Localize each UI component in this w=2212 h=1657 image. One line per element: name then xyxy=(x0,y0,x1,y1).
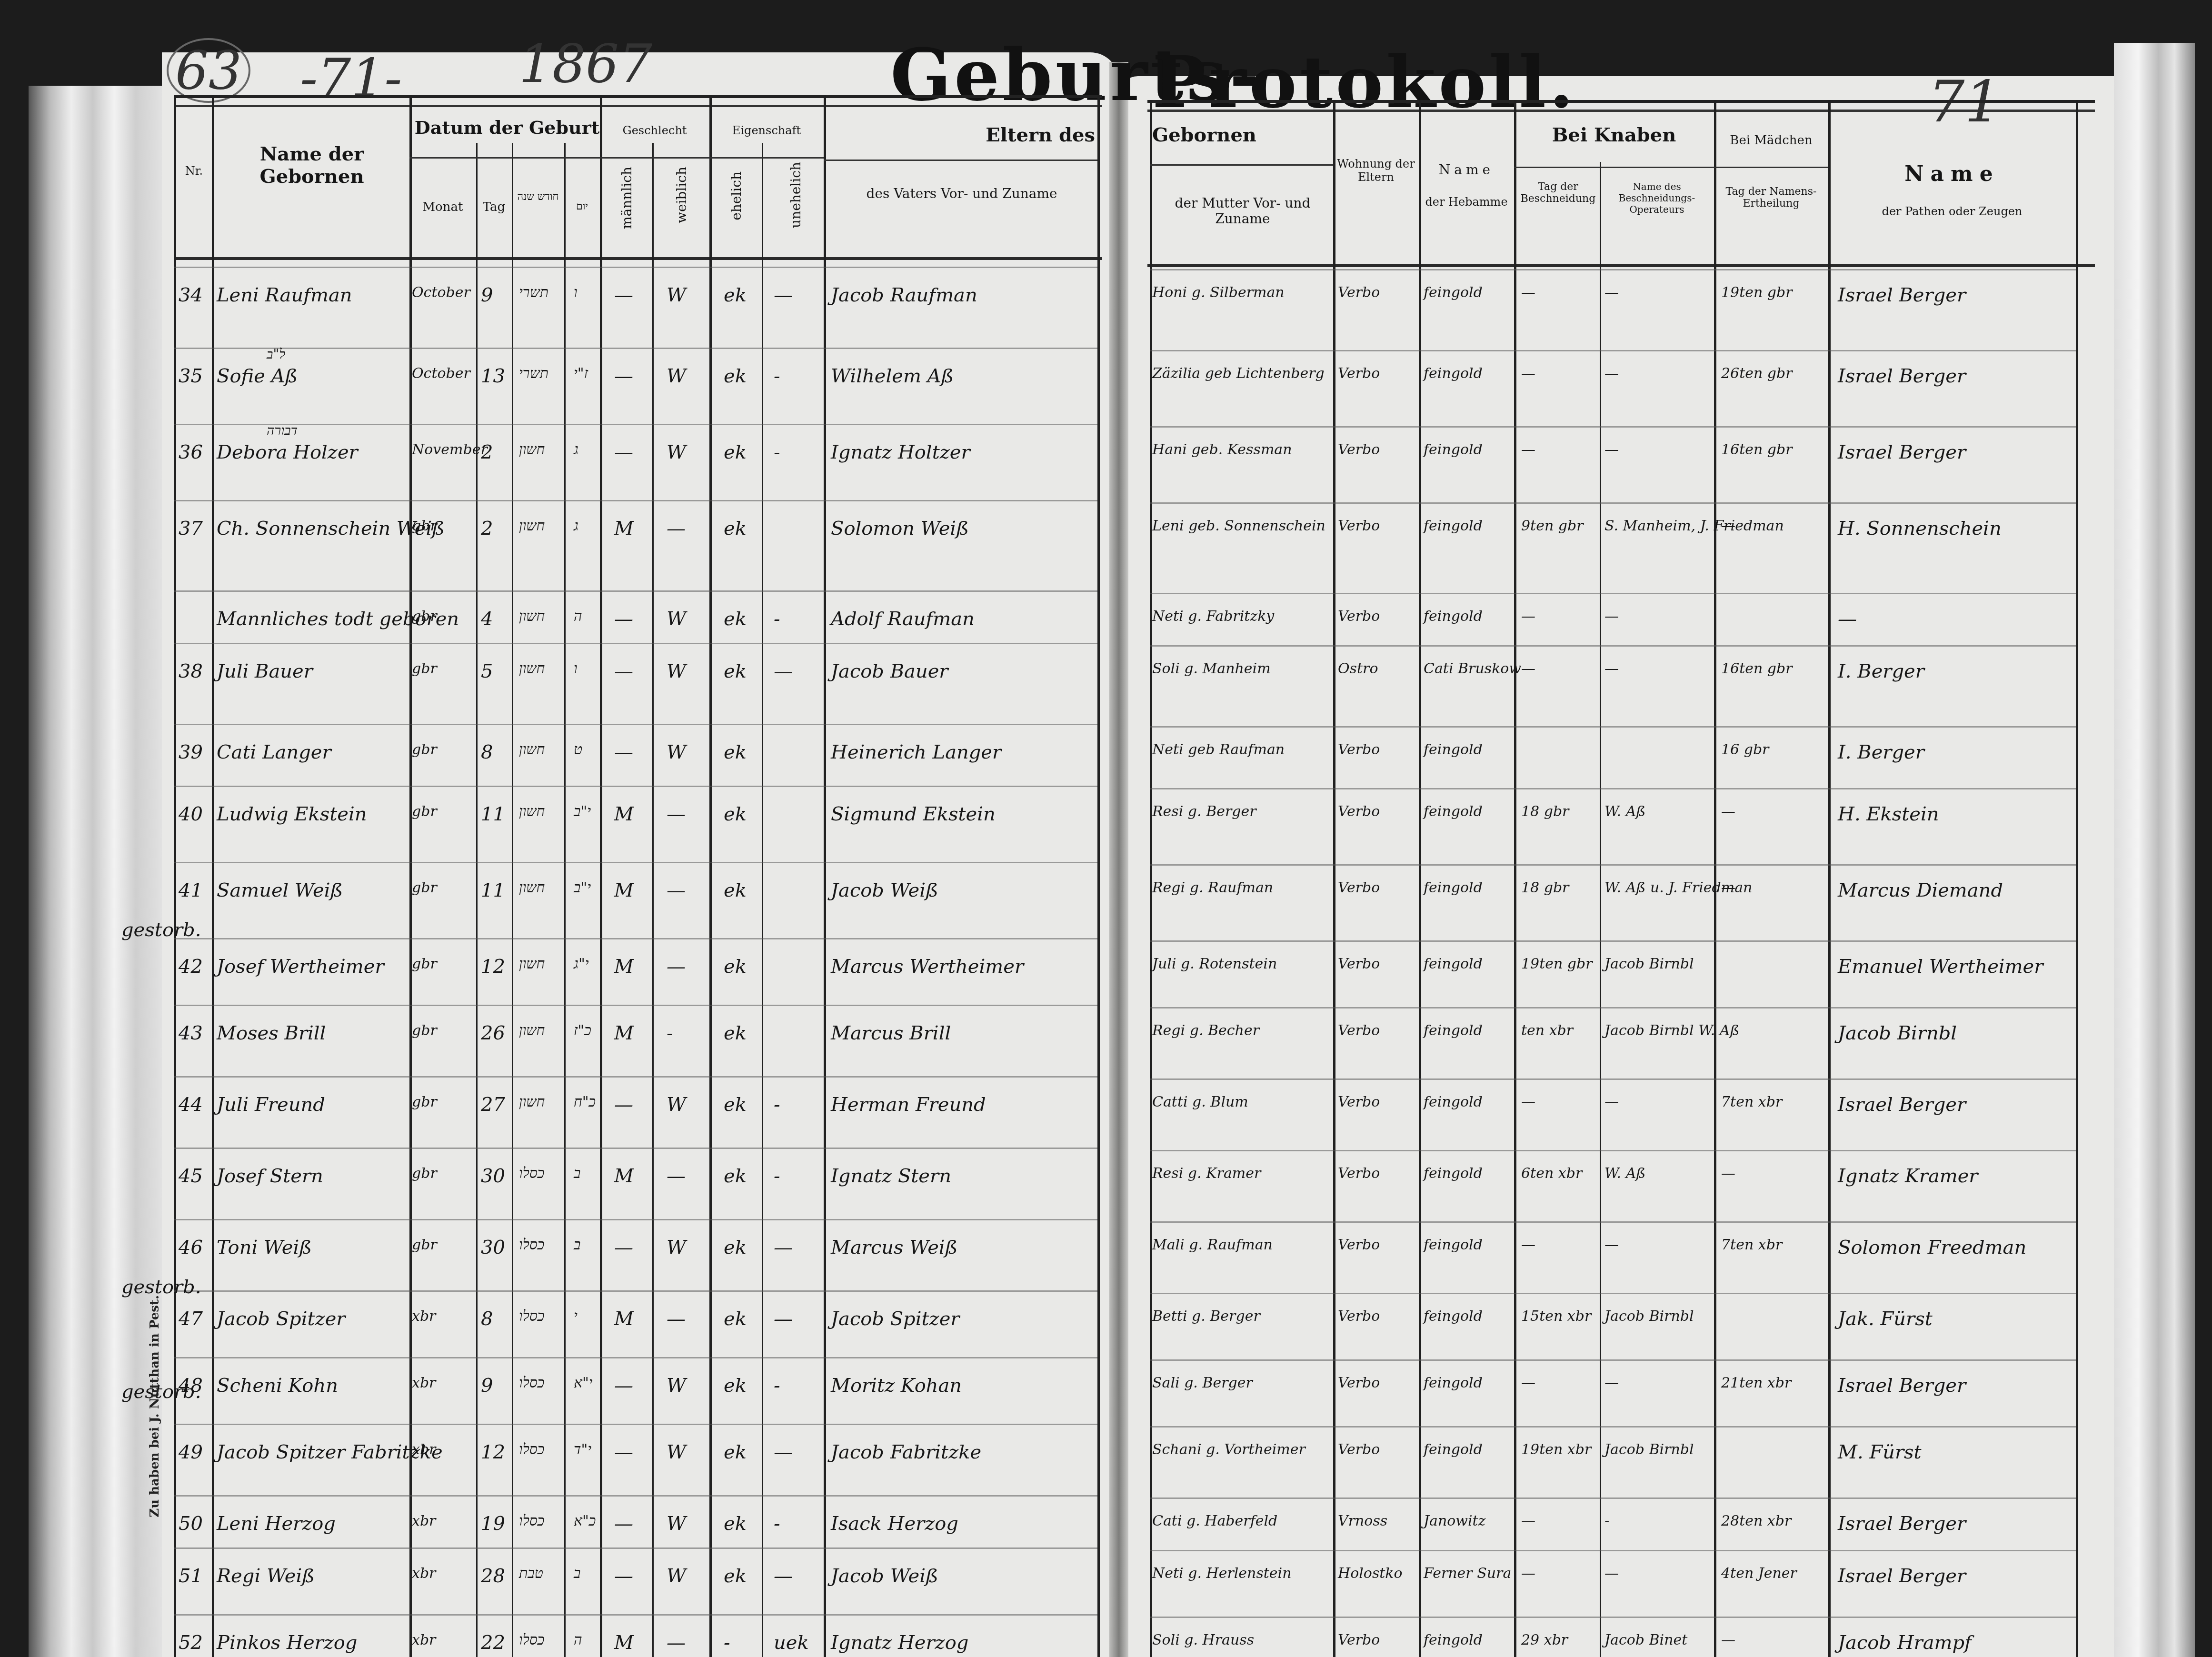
cell-day: 13 xyxy=(481,367,505,386)
row-rule xyxy=(174,724,1097,725)
cell-residence: Holostko xyxy=(1338,1567,1403,1581)
cell-circ-op: Jacob Birnbl xyxy=(1604,1309,1694,1324)
cell-hmonth: כסלו xyxy=(519,1633,544,1647)
cell-nr: 46 xyxy=(179,1238,203,1257)
header-parents-left: Eltern des xyxy=(905,124,1095,146)
header-circumcision-day: Tag der Beschneidung xyxy=(1516,181,1600,205)
cell-month: gbr xyxy=(412,519,437,533)
row-rule xyxy=(174,643,1097,644)
cell-residence: Verbo xyxy=(1338,1376,1380,1390)
header-female: weiblich xyxy=(674,167,689,223)
cell-name: Scheni Kohn xyxy=(217,1376,338,1395)
cell-witness: M. Fürst xyxy=(1838,1443,1922,1462)
col-line xyxy=(1333,100,1335,1657)
cell-residence: Verbo xyxy=(1338,1167,1380,1181)
cell-hday: י"ג xyxy=(574,957,589,971)
cell-ill: — xyxy=(774,1443,793,1462)
cell-circ-day: — xyxy=(1521,1095,1535,1109)
cell-midwife: feingold xyxy=(1424,1167,1483,1181)
row-rule xyxy=(1150,1426,2076,1427)
cell-month: xbr xyxy=(412,1514,436,1528)
subheader-rule xyxy=(1514,167,1828,168)
cell-mother: Sali g. Berger xyxy=(1152,1376,1253,1390)
cell-naming: — xyxy=(1721,805,1735,819)
cell-nr: 35 xyxy=(179,367,203,386)
cell-f: W xyxy=(667,1514,686,1533)
row-rule xyxy=(1150,645,2076,647)
header-hebrew-day: יום xyxy=(564,200,600,212)
row-rule xyxy=(174,786,1097,787)
row-rule xyxy=(1150,1150,2076,1151)
cell-leg: ek xyxy=(724,1095,747,1114)
cell-f: — xyxy=(667,957,686,976)
cell-ill: — xyxy=(774,1309,793,1328)
cell-naming: 7ten xbr xyxy=(1721,1095,1782,1109)
cell-naming: 28ten xbr xyxy=(1721,1514,1791,1528)
cell-name: Ch. Sonnenschein Weiß xyxy=(217,519,445,538)
cell-month: gbr xyxy=(412,957,437,971)
cell-month: gbr xyxy=(412,609,437,624)
cell-mother: Mali g. Raufman xyxy=(1152,1238,1273,1252)
cell-witness: Ignatz Kramer xyxy=(1838,1167,1978,1186)
cell-midwife: Ferner Sura xyxy=(1424,1567,1511,1581)
row-rule xyxy=(174,424,1097,425)
col-line xyxy=(709,95,712,1657)
cell-month: xbr xyxy=(412,1443,436,1457)
cell-hmonth: חשון xyxy=(519,443,545,457)
header-mother: der Mutter Vor- und Zuname xyxy=(1152,195,1333,227)
cell-mother: Juli g. Rotenstein xyxy=(1152,957,1277,971)
cell-leg: ek xyxy=(724,1567,747,1586)
cell-hday: י xyxy=(574,1309,578,1324)
cell-m: — xyxy=(614,1376,633,1395)
cell-day: 27 xyxy=(481,1095,505,1114)
cell-hday: ב xyxy=(574,1567,580,1581)
cell-month: xbr xyxy=(412,1376,436,1390)
cell-mother: Regi g. Raufman xyxy=(1152,881,1273,895)
cell-hday: ג xyxy=(574,443,578,457)
cell-name: Juli Freund xyxy=(217,1095,325,1114)
cell-circ-op: — xyxy=(1604,662,1619,676)
cell-m: M xyxy=(614,1309,634,1328)
cell-mother: Betti g. Berger xyxy=(1152,1309,1260,1324)
cell-circ-op: S. Manheim, J. Friedman xyxy=(1604,519,1784,533)
col-line xyxy=(174,95,176,1657)
cell-leg: ek xyxy=(724,662,747,681)
cell-residence: Verbo xyxy=(1338,1633,1380,1647)
cell-circ-day: — xyxy=(1521,443,1535,457)
cell-m: M xyxy=(614,957,634,976)
cell-witness: I. Berger xyxy=(1838,743,1924,762)
header-bottom-rule-right xyxy=(1147,264,2095,267)
cell-f: W xyxy=(667,1095,686,1114)
cell-mother: Resi g. Kramer xyxy=(1152,1167,1261,1181)
cell-heb: ל"ב xyxy=(267,348,285,361)
cell-hmonth: כסלו xyxy=(519,1443,544,1457)
cell-midwife: feingold xyxy=(1424,1633,1483,1647)
header-bottom-rule-left xyxy=(174,257,1102,260)
cell-residence: Verbo xyxy=(1338,1095,1380,1109)
cell-naming: 16ten gbr xyxy=(1721,443,1793,457)
header-top-rule-right xyxy=(1147,100,2095,112)
cell-circ-day: 6ten xbr xyxy=(1521,1167,1582,1181)
cell-witness: Solomon Freedman xyxy=(1838,1238,2026,1257)
cell-circ-day: — xyxy=(1521,1376,1535,1390)
margin-note: gestorb. xyxy=(121,919,201,941)
cell-mother: Soli g. Manheim xyxy=(1152,662,1271,676)
cell-father: Jacob Weiß xyxy=(831,881,938,900)
cell-m: M xyxy=(614,1024,634,1043)
cell-midwife: feingold xyxy=(1424,519,1483,533)
row-rule xyxy=(174,500,1097,501)
col-line xyxy=(1097,95,1100,1657)
cell-m: M xyxy=(614,805,634,824)
cell-m: — xyxy=(614,367,633,386)
cell-midwife: feingold xyxy=(1424,1376,1483,1390)
cell-naming: 16ten gbr xyxy=(1721,662,1793,676)
cell-witness: Israel Berger xyxy=(1838,367,1966,386)
cell-hday: כ"א xyxy=(574,1514,596,1528)
cell-name: Jacob Spitzer xyxy=(217,1309,345,1328)
cell-leg: - xyxy=(724,1633,730,1652)
cell-f: — xyxy=(667,519,686,538)
cell-ill: - xyxy=(774,443,780,462)
row-rule xyxy=(174,1547,1097,1549)
row-rule xyxy=(1150,1550,2076,1551)
cell-mother: Schani g. Vortheimer xyxy=(1152,1443,1305,1457)
cell-day: 5 xyxy=(481,662,493,681)
cell-month: October xyxy=(412,367,470,381)
cell-month: October xyxy=(412,286,470,300)
cell-naming: 19ten gbr xyxy=(1721,286,1793,300)
cell-witness: Emanuel Wertheimer xyxy=(1838,957,2043,976)
cell-name: Leni Raufman xyxy=(217,286,352,305)
col-line xyxy=(564,143,566,1657)
cell-m: — xyxy=(614,1567,633,1586)
cell-residence: Verbo xyxy=(1338,957,1380,971)
cell-name: Debora Holzer xyxy=(217,443,358,462)
cell-f: W xyxy=(667,1238,686,1257)
cell-residence: Verbo xyxy=(1338,609,1380,624)
cell-hmonth: חשון xyxy=(519,1024,545,1038)
cell-day: 30 xyxy=(481,1167,505,1186)
cell-leg: ek xyxy=(724,1309,747,1328)
cell-leg: ek xyxy=(724,443,747,462)
cell-hmonth: חשון xyxy=(519,743,545,757)
cell-midwife: feingold xyxy=(1424,1443,1483,1457)
cell-hday: ו xyxy=(574,286,578,300)
header-midwife: der Hebamme xyxy=(1421,195,1512,209)
cell-witness: Jak. Fürst xyxy=(1838,1309,1933,1328)
cell-circ-op: Jacob Birnbl xyxy=(1604,1443,1694,1457)
cell-circ-op: - xyxy=(1604,1514,1609,1528)
cell-hday: ב xyxy=(574,1167,580,1181)
cell-leg: ek xyxy=(724,367,747,386)
cell-m: — xyxy=(614,1238,633,1257)
cell-day: 28 xyxy=(481,1567,505,1586)
cell-leg: ek xyxy=(724,1514,747,1533)
cell-nr: 40 xyxy=(179,805,203,824)
cell-father: Solomon Weiß xyxy=(831,519,969,538)
cell-father: Heinerich Langer xyxy=(831,743,1001,762)
book-page-edges-right xyxy=(2114,43,2195,1657)
cell-f: W xyxy=(667,743,686,762)
cell-leg: ek xyxy=(724,881,747,900)
cell-ill: - xyxy=(774,1376,780,1395)
header-witness-top: Name xyxy=(1831,162,2073,186)
cell-hmonth: תשרי xyxy=(519,367,548,381)
header-witness: der Pathen oder Zeugen xyxy=(1831,205,2073,218)
cell-witness: — xyxy=(1838,609,1857,629)
cell-name: Ludwig Ekstein xyxy=(217,805,367,824)
row-rule xyxy=(1150,1617,2076,1618)
col-line xyxy=(1600,162,1601,1657)
cell-residence: Verbo xyxy=(1338,1238,1380,1252)
cell-nr: 50 xyxy=(179,1514,203,1533)
cell-midwife: feingold xyxy=(1424,881,1483,895)
cell-day: 8 xyxy=(481,743,493,762)
cell-father: Moritz Kohan xyxy=(831,1376,962,1395)
cell-nr: 43 xyxy=(179,1024,203,1043)
cell-nr: 45 xyxy=(179,1167,203,1186)
col-line xyxy=(1514,100,1516,1657)
cell-f: W xyxy=(667,609,686,629)
header-sex-group: Geschlecht xyxy=(600,124,709,137)
cell-father: Isack Herzog xyxy=(831,1514,958,1533)
cell-leg: ek xyxy=(724,286,747,305)
row-rule xyxy=(1150,350,2076,351)
cell-month: xbr xyxy=(412,1309,436,1324)
cell-mother: Neti geb Raufman xyxy=(1152,743,1285,757)
cell-f: W xyxy=(667,1567,686,1586)
cell-leg: ek xyxy=(724,743,747,762)
cell-mother: Neti g. Herlenstein xyxy=(1152,1567,1292,1581)
row-rule xyxy=(1150,1293,2076,1294)
header-day: Tag xyxy=(476,200,512,214)
cell-hmonth: כסלו xyxy=(519,1167,544,1181)
cell-naming: 26ten gbr xyxy=(1721,367,1793,381)
cell-day: 4 xyxy=(481,609,493,629)
cell-ill: — xyxy=(774,1567,793,1586)
cell-leg: ek xyxy=(724,1376,747,1395)
cell-hday: י"ד xyxy=(574,1443,591,1457)
col-line xyxy=(652,143,654,1657)
row-rule xyxy=(1150,1078,2076,1080)
cell-ill: - xyxy=(774,1167,780,1186)
cell-naming: 7ten xbr xyxy=(1721,1238,1782,1252)
cell-midwife: Janowitz xyxy=(1424,1514,1485,1528)
cell-father: Ignatz Holtzer xyxy=(831,443,970,462)
cell-midwife: feingold xyxy=(1424,743,1483,757)
header-nr: Nr. xyxy=(176,164,212,178)
col-line xyxy=(600,95,602,1657)
cell-circ-op: — xyxy=(1604,609,1619,624)
cell-midwife: feingold xyxy=(1424,1095,1483,1109)
cell-name: Juli Bauer xyxy=(217,662,313,681)
row-rule xyxy=(1150,269,2076,270)
cell-f: W xyxy=(667,1443,686,1462)
cell-m: M xyxy=(614,1633,634,1652)
cell-circ-day: 15ten xbr xyxy=(1521,1309,1591,1324)
col-line xyxy=(1714,100,1716,1657)
cell-day: 2 xyxy=(481,443,493,462)
cell-circ-day: ten xbr xyxy=(1521,1024,1573,1038)
cell-name: Pinkos Herzog xyxy=(217,1633,357,1652)
cell-f: W xyxy=(667,286,686,305)
col-line xyxy=(409,95,412,1657)
cell-month: gbr xyxy=(412,662,437,676)
cell-hmonth: חשון xyxy=(519,662,545,676)
cell-f: W xyxy=(667,443,686,462)
row-rule xyxy=(174,1148,1097,1149)
cell-f: — xyxy=(667,805,686,824)
cell-name: Moses Brill xyxy=(217,1024,326,1043)
row-rule xyxy=(1150,1221,2076,1223)
row-rule xyxy=(1150,788,2076,789)
row-rule xyxy=(1150,1497,2076,1499)
header-boys-group: Bei Knaben xyxy=(1516,124,1712,146)
cell-name: Toni Weiß xyxy=(217,1238,312,1257)
row-rule xyxy=(1150,1007,2076,1008)
cell-circ-op: Jacob Binet xyxy=(1604,1633,1687,1647)
cell-f: — xyxy=(667,1309,686,1328)
cell-name: Jacob Spitzer Fabritzke xyxy=(217,1443,443,1462)
row-rule xyxy=(1150,1359,2076,1361)
cell-circ-op: W. Aß xyxy=(1604,1167,1645,1181)
cell-name: Josef Wertheimer xyxy=(217,957,384,976)
cell-name: Sofie Aß xyxy=(217,367,298,386)
cell-father: Marcus Brill xyxy=(831,1024,951,1043)
cell-mother: Soli g. Hrauss xyxy=(1152,1633,1254,1647)
cell-day: 22 xyxy=(481,1633,505,1652)
cell-f: — xyxy=(667,1167,686,1186)
cell-naming: — xyxy=(1721,881,1735,895)
cell-hday: כ"ח xyxy=(574,1095,596,1109)
subheader-rule xyxy=(409,157,824,159)
subheader-rule xyxy=(1150,164,1333,166)
cell-hmonth: טבת xyxy=(519,1567,543,1581)
cell-day: 11 xyxy=(481,805,505,824)
cell-nr: 49 xyxy=(179,1443,203,1462)
cell-nr: 39 xyxy=(179,743,203,762)
cell-circ-day: — xyxy=(1521,1238,1535,1252)
cell-father: Sigmund Ekstein xyxy=(831,805,996,824)
cell-nr: 37 xyxy=(179,519,203,538)
row-rule xyxy=(174,1357,1097,1358)
cell-midwife: feingold xyxy=(1424,609,1483,624)
cell-midwife: Cati Bruskow xyxy=(1424,662,1521,676)
cell-witness: Israel Berger xyxy=(1838,1376,1966,1395)
cell-residence: Verbo xyxy=(1338,286,1380,300)
cell-ill: - xyxy=(774,1514,780,1533)
row-rule xyxy=(174,862,1097,863)
cell-hmonth: חשון xyxy=(519,881,545,895)
cell-circ-op: — xyxy=(1604,286,1619,300)
cell-father: Marcus Weiß xyxy=(831,1238,957,1257)
cell-f: - xyxy=(667,1024,673,1043)
cell-father: Adolf Raufman xyxy=(831,609,975,629)
cell-witness: Israel Berger xyxy=(1838,443,1966,462)
cell-hmonth: כסלו xyxy=(519,1309,544,1324)
cell-month: gbr xyxy=(412,881,437,895)
row-rule xyxy=(1150,726,2076,728)
cell-naming: 21ten xbr xyxy=(1721,1376,1791,1390)
cell-midwife: feingold xyxy=(1424,805,1483,819)
cell-hmonth: כסלו xyxy=(519,1238,544,1252)
cell-circ-day: 18 gbr xyxy=(1521,881,1569,895)
header-circumcision-operator: Name des Beschneidungs-Operateurs xyxy=(1602,181,1712,215)
col-line xyxy=(824,95,826,1657)
row-rule xyxy=(174,1005,1097,1006)
cell-circ-op: — xyxy=(1604,1238,1619,1252)
cell-leg: ek xyxy=(724,1167,747,1186)
cell-nr: 42 xyxy=(179,957,203,976)
cell-nr: 52 xyxy=(179,1633,203,1652)
cell-hday: ט xyxy=(574,743,582,757)
cell-father: Ignatz Herzog xyxy=(831,1633,968,1652)
cell-day: 12 xyxy=(481,957,505,976)
cell-day: 9 xyxy=(481,286,493,305)
cell-name: Cati Langer xyxy=(217,743,331,762)
cell-midwife: feingold xyxy=(1424,957,1483,971)
cell-midwife: feingold xyxy=(1424,1024,1483,1038)
cell-residence: Verbo xyxy=(1338,1443,1380,1457)
cell-witness: Marcus Diemand xyxy=(1838,881,2003,900)
cell-circ-op: W. Aß xyxy=(1604,805,1645,819)
cell-f: W xyxy=(667,367,686,386)
cell-mother: Hani geb. Kessman xyxy=(1152,443,1292,457)
cell-m: — xyxy=(614,286,633,305)
cell-m: — xyxy=(614,1095,633,1114)
col-line xyxy=(762,143,763,1657)
year-note: 1867 xyxy=(519,33,652,94)
cell-residence: Verbo xyxy=(1338,805,1380,819)
cell-midwife: feingold xyxy=(1424,367,1483,381)
row-rule xyxy=(174,938,1097,939)
cell-m: — xyxy=(614,662,633,681)
cell-ill: - xyxy=(774,367,780,386)
cell-mother: Cati g. Haberfeld xyxy=(1152,1514,1277,1528)
cell-naming: — xyxy=(1721,1633,1735,1647)
cell-residence: Verbo xyxy=(1338,743,1380,757)
header-date-group: Datum der Geburt xyxy=(414,117,600,138)
cell-m: — xyxy=(614,1514,633,1533)
cell-month: gbr xyxy=(412,1095,437,1109)
cell-hday: כ"ז xyxy=(574,1024,591,1038)
cell-witness: Israel Berger xyxy=(1838,286,1966,305)
col-line xyxy=(1828,100,1831,1657)
cell-m: — xyxy=(614,1443,633,1462)
cell-month: gbr xyxy=(412,805,437,819)
book-gutter xyxy=(1109,62,1128,1657)
col-line xyxy=(2076,100,2078,1657)
cell-nr: 38 xyxy=(179,662,203,681)
cell-nr: 51 xyxy=(179,1567,203,1586)
cell-father: Jacob Fabritzke xyxy=(831,1443,981,1462)
cell-residence: Verbo xyxy=(1338,367,1380,381)
cell-circ-op: — xyxy=(1604,367,1619,381)
cell-hday: ג xyxy=(574,519,578,533)
cell-hday: י"ב xyxy=(574,805,591,819)
cell-mother: Regi g. Becher xyxy=(1152,1024,1259,1038)
cell-circ-day: — xyxy=(1521,367,1535,381)
cell-day: 9 xyxy=(481,1376,493,1395)
cell-circ-op: — xyxy=(1604,443,1619,457)
cell-father: Wilhelem Aß xyxy=(831,367,954,386)
row-rule xyxy=(174,1076,1097,1078)
cell-name: Josef Stern xyxy=(217,1167,323,1186)
row-rule xyxy=(174,1495,1097,1497)
